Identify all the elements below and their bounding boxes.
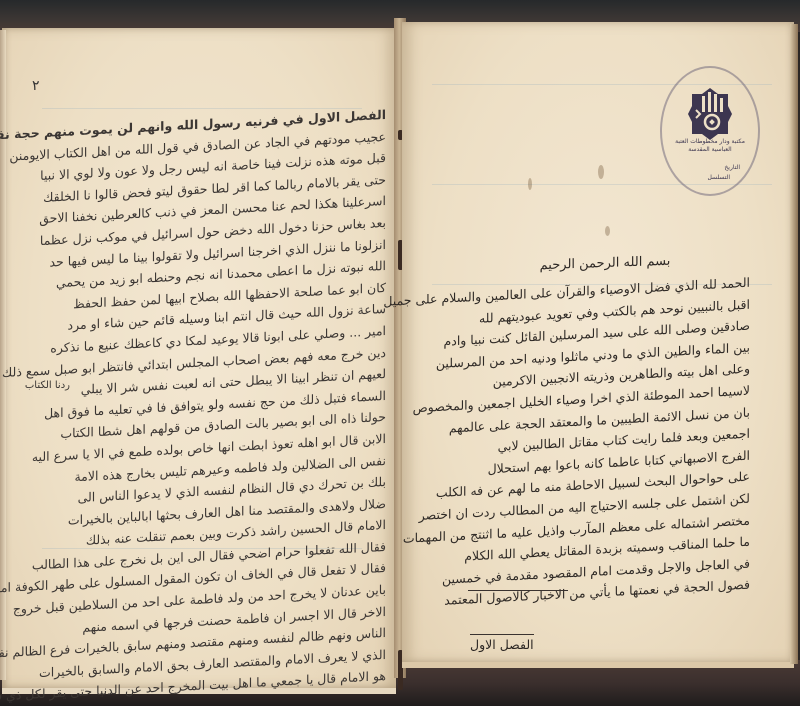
stamp-serial-label: التسلسل — [707, 174, 730, 181]
chapter-rule — [468, 590, 568, 591]
chapter-heading: الفصل الاول — [470, 634, 534, 652]
ink-stain — [528, 178, 532, 190]
ink-stain — [605, 226, 610, 236]
right-page-text: الحمد لله الذي فضل الاوصياء والقرآن على … — [432, 280, 750, 604]
ink-stain — [598, 165, 604, 179]
folio-number: ٢ — [32, 78, 40, 94]
left-page-text: الفصل الاول في فرنيه رسول الله وانهم لن … — [78, 112, 386, 695]
library-stamp: مكتبة ودار مخطوطات العتبة العباسية المقد… — [660, 66, 760, 196]
stamp-date-label: التاريخ — [724, 164, 740, 171]
hand-emblem-icon — [688, 86, 732, 142]
margin-note: ردنا الكتاب — [20, 380, 70, 392]
right-page-edge — [790, 24, 798, 664]
stamp-ring-text: مكتبة ودار مخطوطات العتبة العباسية المقد… — [666, 138, 754, 154]
